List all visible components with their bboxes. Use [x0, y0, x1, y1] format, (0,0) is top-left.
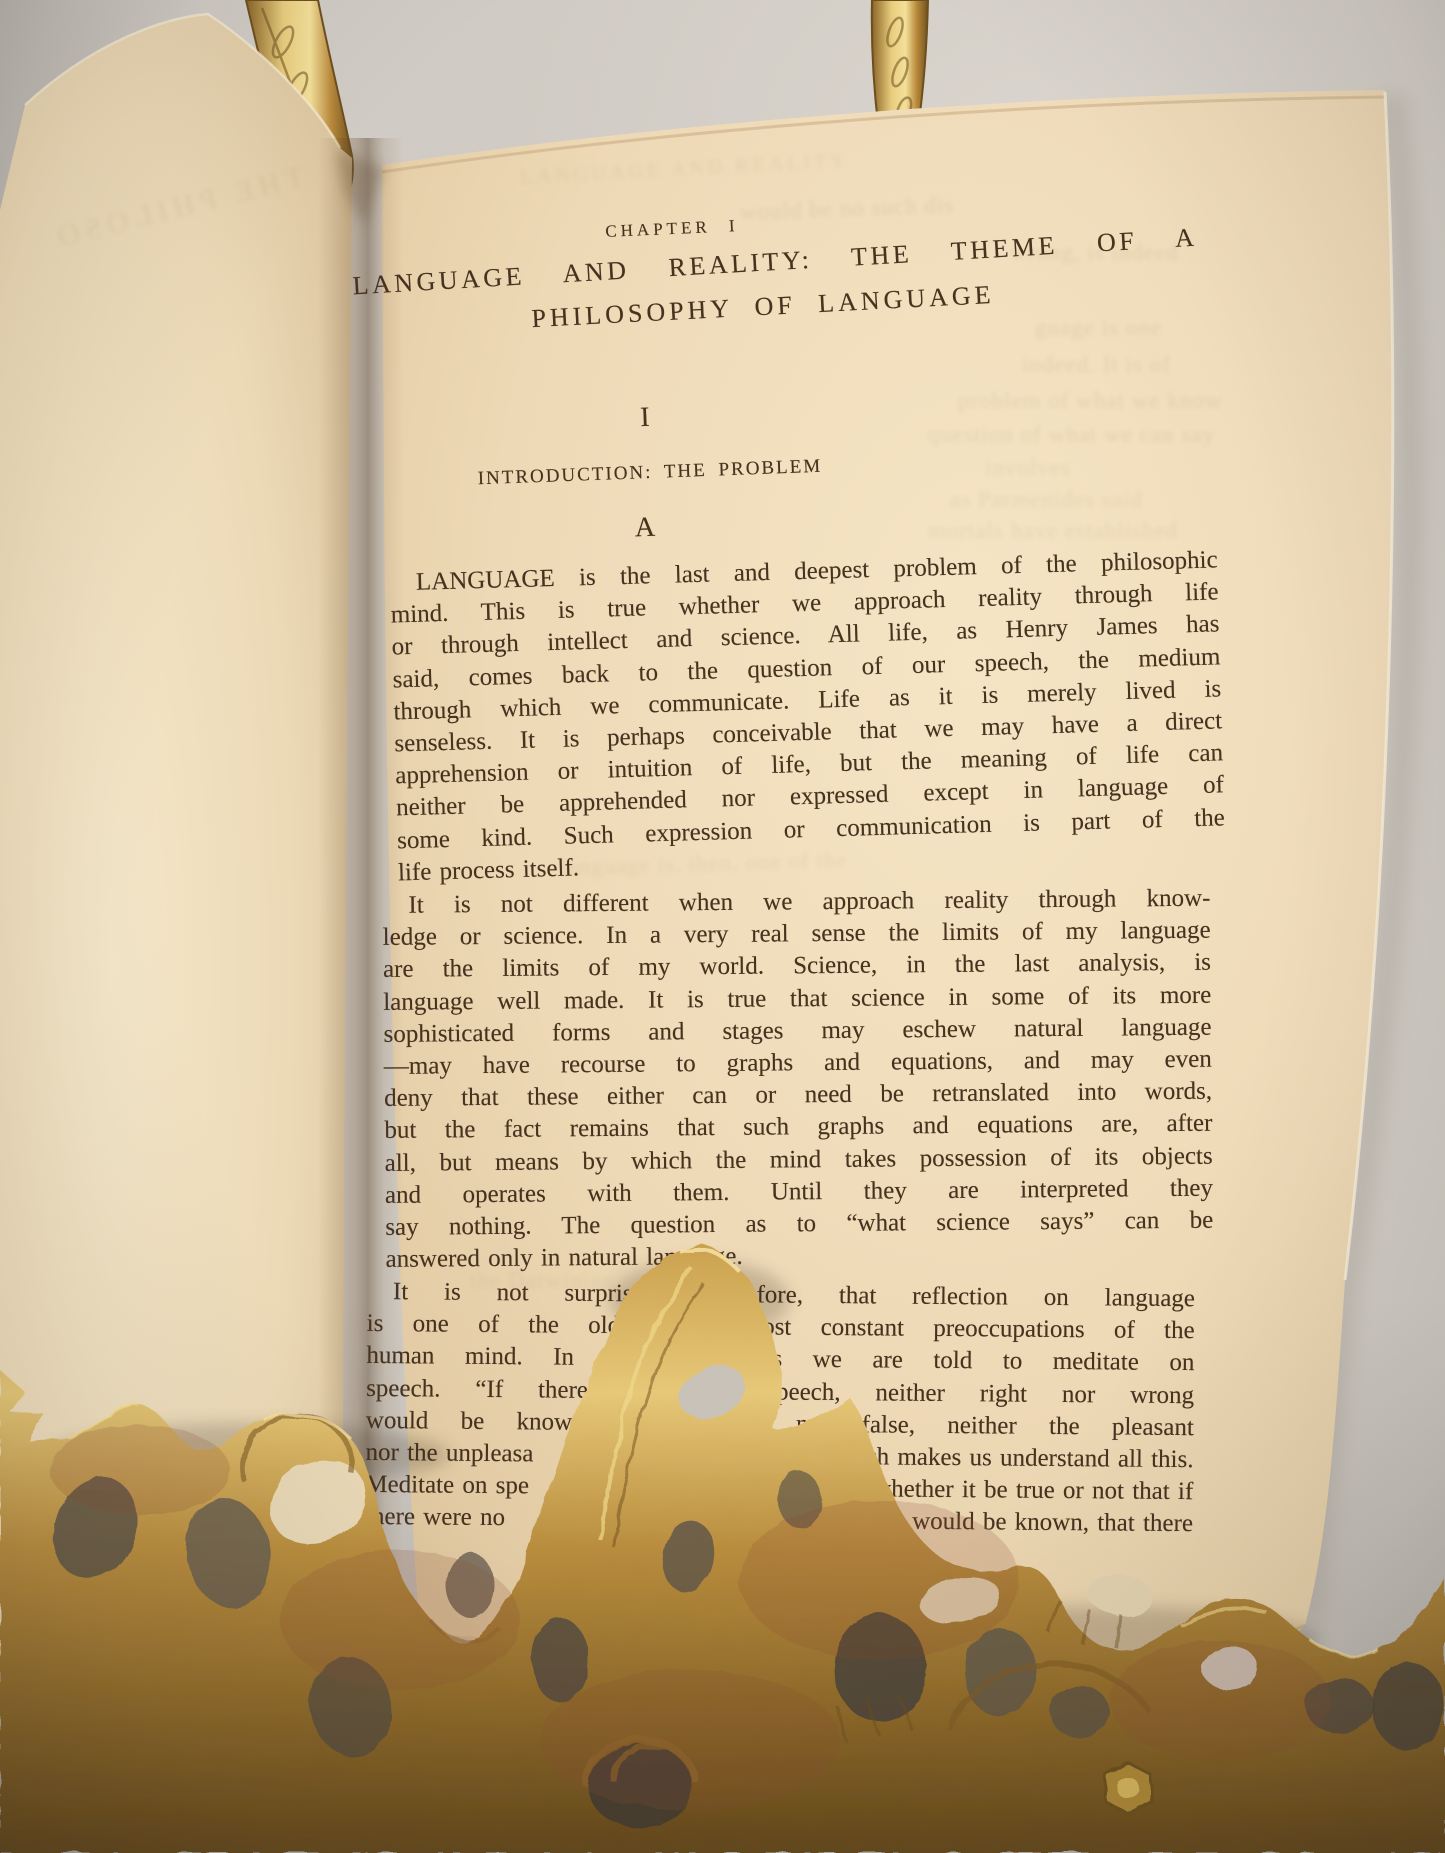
text-line-left-fragment: Meditate on spe [365, 1470, 529, 1504]
stand-right-arm [872, 0, 928, 140]
showthrough-text: LANGUAGE AND REALITY [520, 149, 850, 189]
book-photo: LANGUAGE AND REALITY would be no such di… [0, 0, 1445, 1853]
text-line: answered only in natural language. [385, 1237, 1213, 1276]
leaf-engraving [884, 16, 914, 124]
showthrough-text: as Parmenides said [950, 487, 1143, 513]
showthrough-text: involves [985, 455, 1071, 481]
paragraph: It is not different when we approach rea… [382, 883, 1213, 1277]
right-page-top-edge [382, 97, 1385, 172]
book-cast-shadow [1310, 95, 1409, 1620]
section-heading: INTRODUCTION: THE PROBLEM [360, 451, 940, 494]
text-line: there were nothing would be known, that … [365, 1502, 1193, 1541]
fore-edge-highlight [1345, 92, 1393, 1280]
text-line-left-fragment: nor the unpleasa [365, 1437, 533, 1471]
left-page [0, 14, 352, 1665]
text-line-right-fragment: ech makes us understand all this. [854, 1442, 1193, 1477]
fastening-nut [1105, 1762, 1151, 1814]
paragraph: It is not surprising, therefore, that re… [365, 1276, 1195, 1541]
section-numeral: I [534, 398, 755, 439]
showthrough-text: problem of what we know [958, 388, 1222, 414]
showthrough-text: question of what we can say [928, 422, 1215, 448]
showthrough-text: mortals have established [928, 518, 1178, 544]
page-underside-highlight [45, 1473, 375, 1663]
left-page-showthrough-title: THE PHILOSO [8, 160, 307, 266]
text-line-right-fragment: thing would be known, that there [852, 1506, 1193, 1541]
text-line-left-fragment: there were no [365, 1502, 505, 1535]
showthrough-text: guage is one [1035, 315, 1162, 341]
left-page-top-edge [25, 14, 340, 148]
text-line-right-fragment: , whether it be true or not that if [858, 1474, 1193, 1509]
paragraph: LANGUAGE is the last and deepest problem… [389, 544, 1226, 889]
subsection-letter: A [535, 508, 756, 547]
showthrough-text: indeed. It is of [1022, 352, 1171, 378]
chapter-label: CHAPTER I [562, 214, 783, 244]
page-body-text: LANGUAGE is the last and deepest problem… [374, 568, 1202, 1534]
gutter-top-shadow [336, 150, 384, 226]
page-bottom-edge [420, 1622, 1305, 1665]
